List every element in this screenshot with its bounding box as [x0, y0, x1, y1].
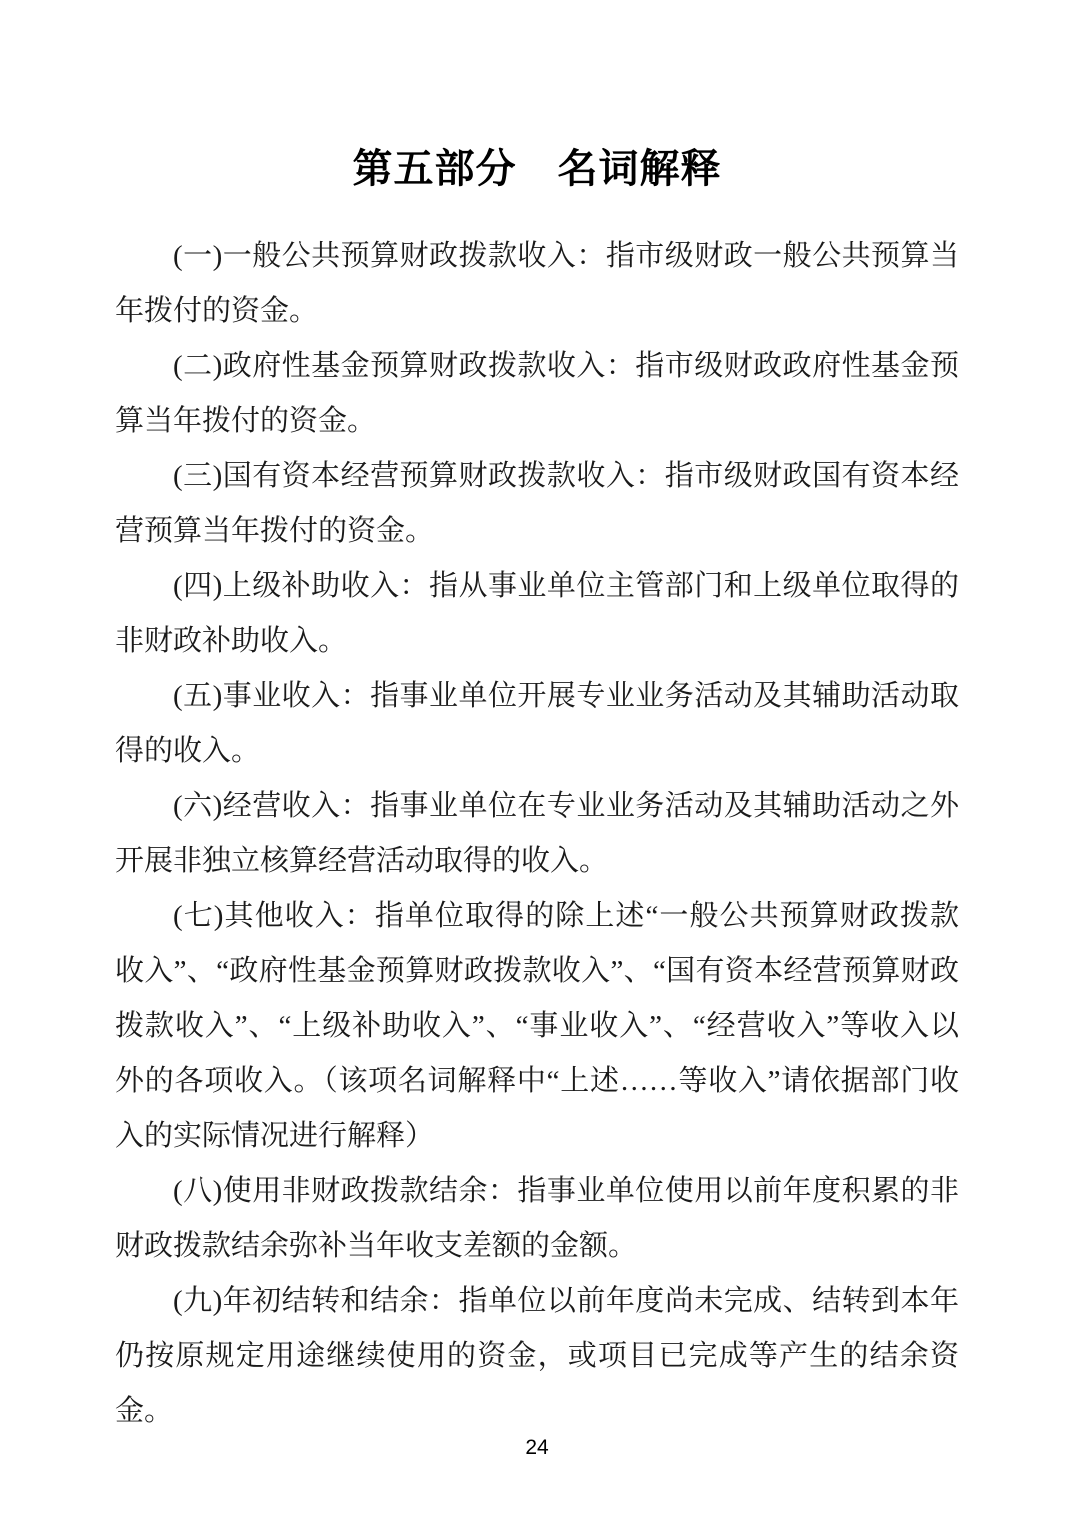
glossary-paragraph: (八)使用非财政拨款结余：指事业单位使用以前年度积累的非财政拨款结余弥补当年收支…	[115, 1164, 959, 1274]
glossary-paragraph: (六)经营收入：指事业单位在专业业务活动及其辅助活动之外开展非独立核算经营活动取…	[115, 779, 959, 889]
document-page: 第五部分 名词解释 (一)一般公共预算财政拨款收入：指市级财政一般公共预算当年拨…	[0, 0, 1074, 1520]
glossary-paragraph: (四)上级补助收入：指从事业单位主管部门和上级单位取得的非财政补助收入。	[115, 559, 959, 669]
page-number: 24	[0, 1436, 1074, 1460]
glossary-paragraph: (七)其他收入：指单位取得的除上述“一般公共预算财政拨款收入”、“政府性基金预算…	[115, 889, 959, 1164]
glossary-body: (一)一般公共预算财政拨款收入：指市级财政一般公共预算当年拨付的资金。(二)政府…	[115, 229, 959, 1439]
glossary-paragraph: (一)一般公共预算财政拨款收入：指市级财政一般公共预算当年拨付的资金。	[115, 229, 959, 339]
glossary-paragraph: (三)国有资本经营预算财政拨款收入：指市级财政国有资本经营预算当年拨付的资金。	[115, 449, 959, 559]
page-title: 第五部分 名词解释	[115, 145, 959, 193]
glossary-paragraph: (二)政府性基金预算财政拨款收入：指市级财政政府性基金预算当年拨付的资金。	[115, 339, 959, 449]
glossary-paragraph: (五)事业收入：指事业单位开展专业业务活动及其辅助活动取得的收入。	[115, 669, 959, 779]
glossary-paragraph: (九)年初结转和结余：指单位以前年度尚未完成、结转到本年仍按原规定用途继续使用的…	[115, 1274, 959, 1439]
